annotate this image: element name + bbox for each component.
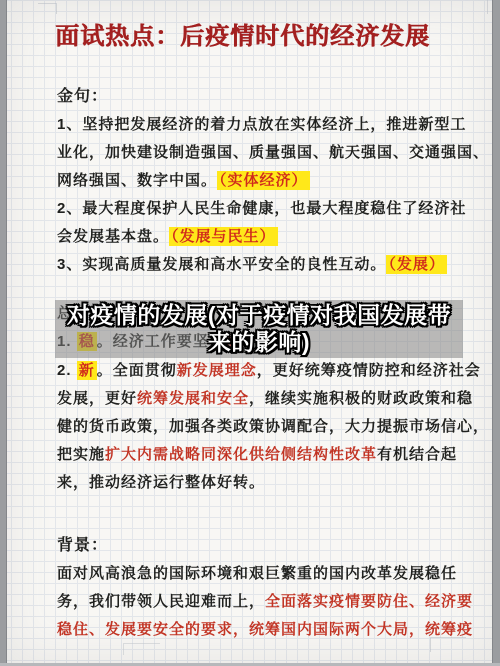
text-segment-red: 稳住、发展要安全的要求，统筹国内国际两个大局，统筹疫 (57, 621, 473, 638)
text-segment-text: 来，推动经济运行整体好转。 (57, 474, 265, 491)
text-line: 来，推动经济运行整体好转。 (57, 472, 265, 494)
text-line: 1、坚持把发展经济的着力点放在实体经济上，推进新型工 (57, 114, 466, 136)
text-line: 2、最大程度保护人民生命健康，也最大程度稳住了经济社 (57, 198, 466, 220)
text-segment-text: 3、实现高质量发展和高水平安全的良性互动。 (57, 256, 386, 273)
text-line: 业化，加快建设制造强国、质量强国、航天强国、交通强国、 (57, 142, 489, 164)
text-segment-heading: 背景： (57, 537, 108, 554)
crop-mark-bottom-left (123, 643, 160, 655)
text-segment-red: 统筹发展和安全 (137, 390, 249, 407)
photo-edge-left (0, 0, 7, 666)
text-segment-text: 发展，更好 (57, 390, 137, 407)
text-segment-text: ，继续实施积极的财政政策和稳 (249, 390, 473, 407)
text-line: 把实施扩大内需战略同深化供给侧结构性改革有机结合起 (57, 444, 457, 466)
text-segment-text: 把实施 (57, 446, 105, 463)
text-segment-mark: （发展） (386, 255, 447, 274)
text-line: 金句： (57, 86, 108, 108)
caption-overlay: 对疫情的发展(对于疫情对我国发展带 来的影响) (55, 300, 463, 358)
text-line: 面对风高浪急的国际环境和艰巨繁重的国内改革发展稳任 (57, 563, 457, 585)
text-segment-mark: （发展与民生） (169, 227, 278, 246)
text-segment-text: 面对风高浪急的国际环境和艰巨繁重的国内改革发展稳任 (57, 565, 457, 582)
text-segment-heading: 金句： (57, 88, 108, 105)
text-segment-mark: （实体经济） (217, 171, 310, 190)
text-segment-text: 2. (57, 362, 77, 379)
text-line: 网络强国、数字中国。（实体经济） (57, 170, 310, 192)
text-line: 3、实现高质量发展和高水平安全的良性互动。（发展） (57, 254, 447, 276)
text-segment-red: 全面落实疫情要防住、经济要 (265, 593, 473, 610)
caption-line-1: 对疫情的发展(对于疫情对我国发展带 (67, 302, 451, 329)
text-line: 务，我们带领人民迎难而上，全面落实疫情要防住、经济要 (57, 591, 473, 613)
text-segment-text: 2、最大程度保护人民生命健康，也最大程度稳住了经济社 (57, 200, 466, 217)
text-segment-text: 务，我们带领人民迎难而上， (57, 593, 265, 610)
text-segment-text: 会发展基本盘。 (57, 228, 169, 245)
caption-line-2: 来的影响) (208, 329, 310, 356)
text-segment-text: ，更好统筹疫情防控和经济社会 (257, 362, 481, 379)
text-line: 背景： (57, 535, 108, 557)
text-segment-mark: 新 (77, 361, 97, 380)
text-line: 2. 新。全面贯彻新发展理念，更好统筹疫情防控和经济社会 (57, 360, 481, 382)
crop-mark-top-left (38, 3, 57, 14)
text-line: 稳住、发展要安全的要求，统筹国内国际两个大局，统筹疫 (57, 619, 473, 641)
text-segment-text: 网络强国、数字中国。 (57, 172, 217, 189)
text-segment-red: 新发展理念 (177, 362, 257, 379)
text-line: 健的货币政策，加强各类政策协调配合，大力提振市场信心， (57, 416, 489, 438)
text-segment-text: 有机结合起 (377, 446, 457, 463)
text-segment-text: 。全面贯彻 (97, 362, 177, 379)
photo-edge-right (492, 0, 500, 666)
text-segment-red: 扩大内需战略同深化供给侧结构性改革 (105, 446, 377, 463)
text-segment-text: 业化，加快建设制造强国、质量强国、航天强国、交通强国、 (57, 144, 489, 161)
text-segment-text: 1、坚持把发展经济的着力点放在实体经济上，推进新型工 (57, 116, 466, 133)
note-page: 面试热点：后疫情时代的经济发展 金句：1、坚持把发展经济的着力点放在实体经济上，… (0, 0, 500, 666)
crop-mark-bottom-right (430, 637, 466, 652)
text-segment-text: 健的货币政策，加强各类政策协调配合，大力提振市场信心， (57, 418, 489, 435)
text-line: 发展，更好统筹发展和安全，继续实施积极的财政政策和稳 (57, 388, 473, 410)
text-line: 会发展基本盘。（发展与民生） (57, 226, 278, 248)
